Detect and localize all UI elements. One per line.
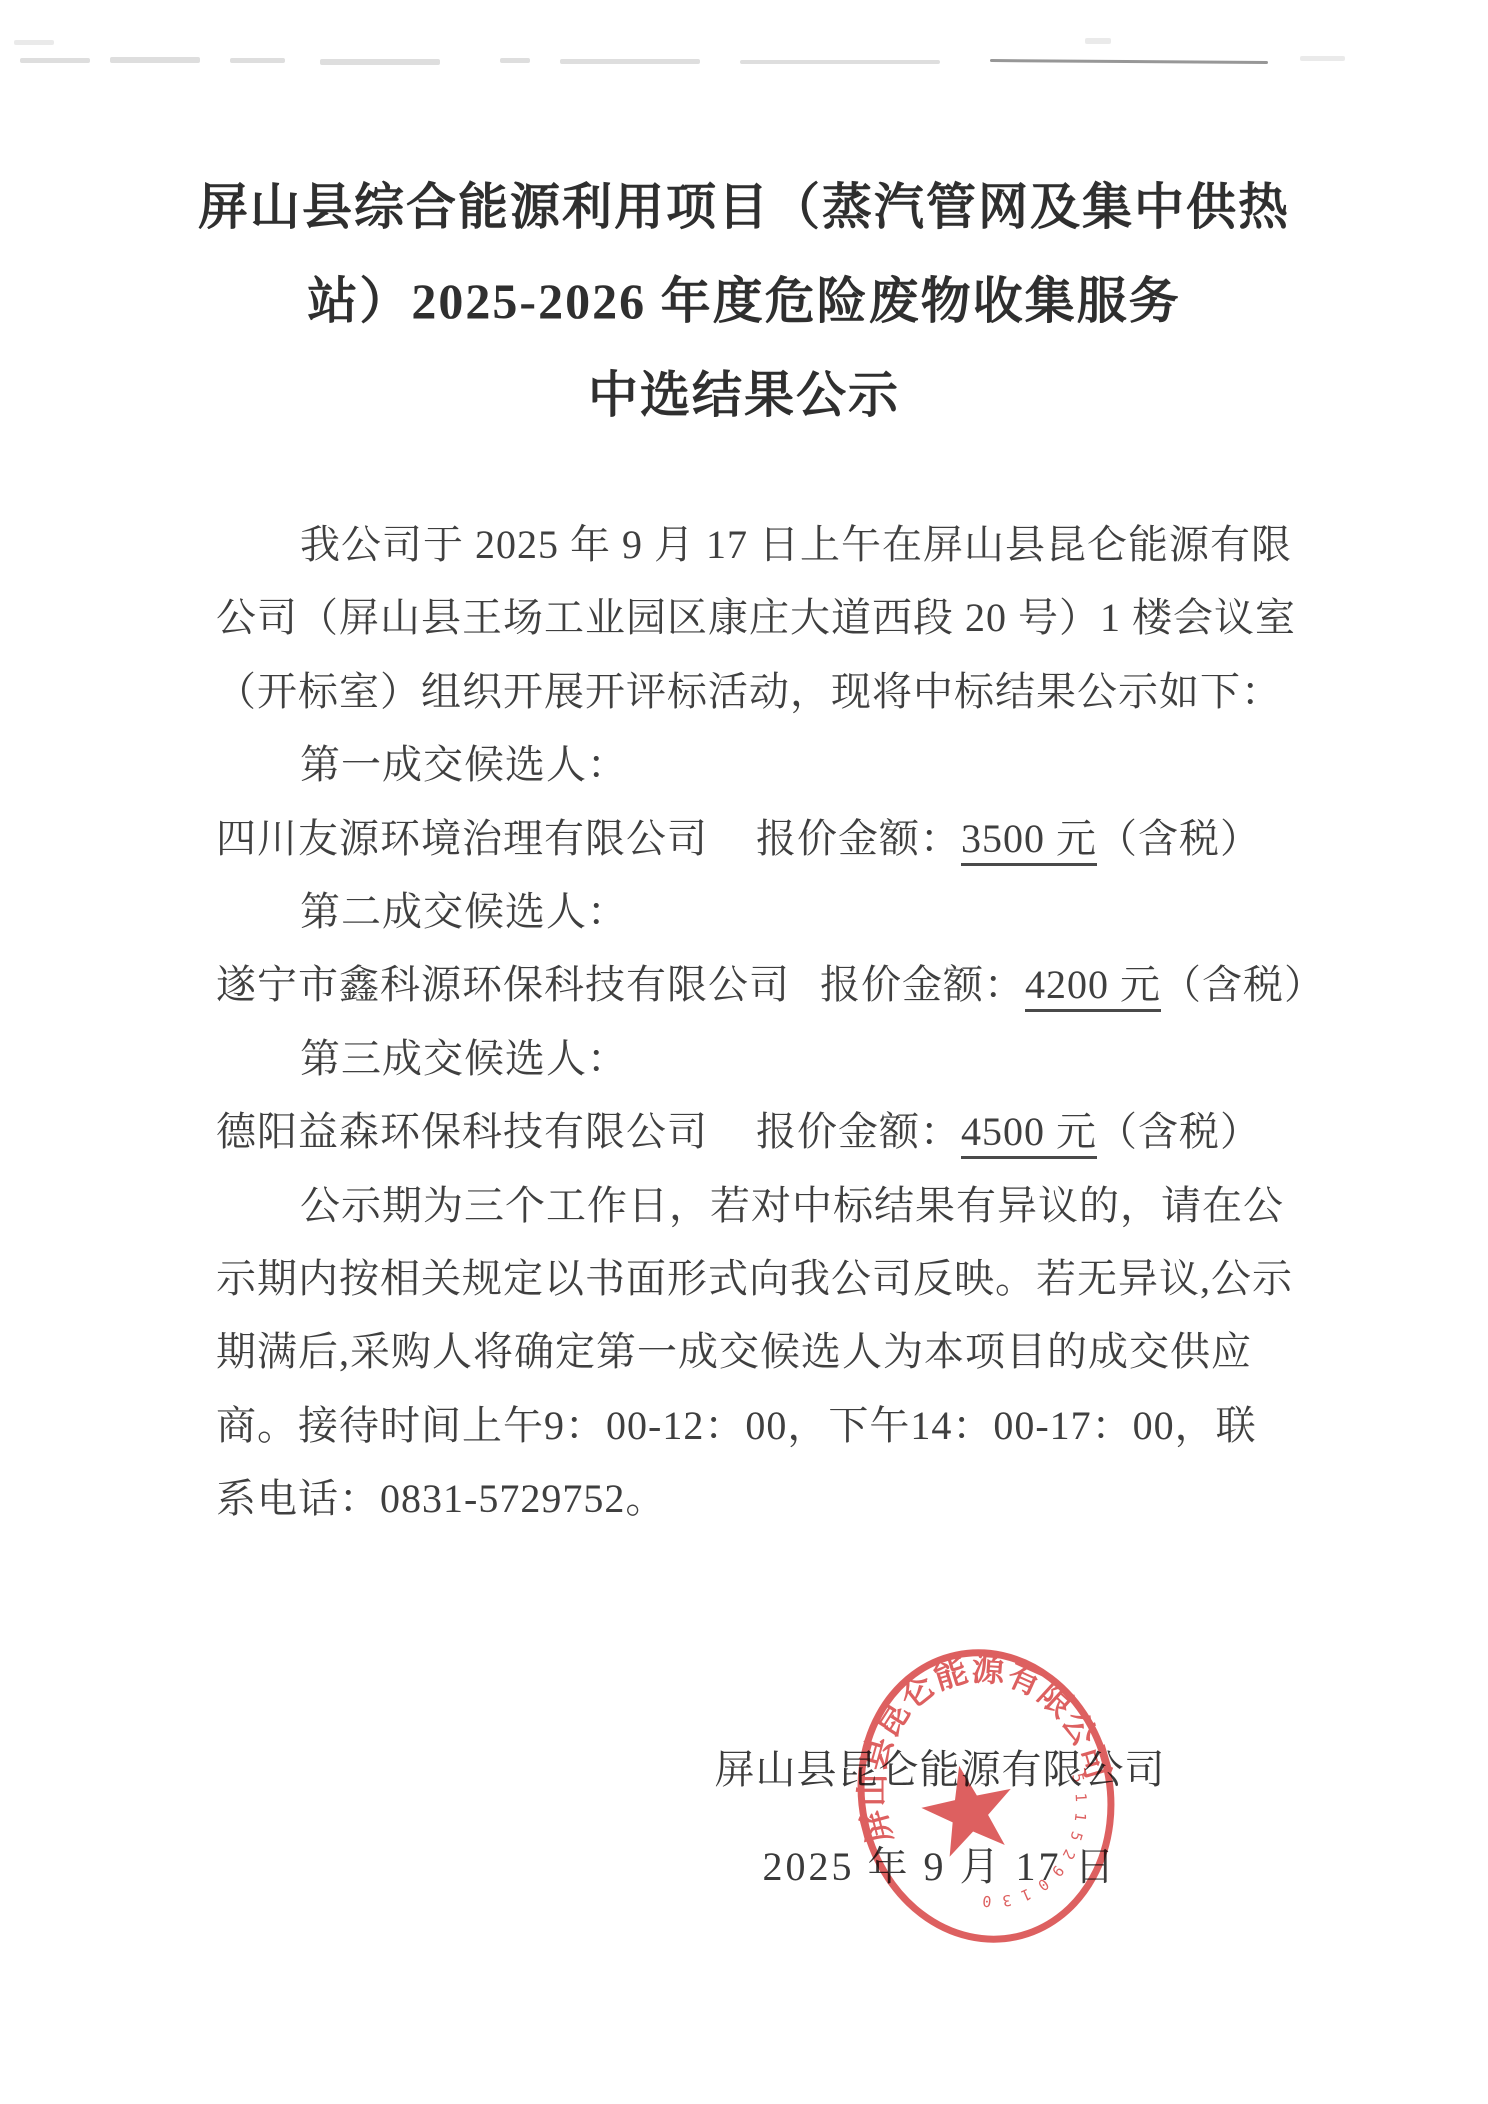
candidate-2-heading: 第二成交候选人： [216, 875, 1296, 948]
candidate-3-line: 德阳益森环保科技有限公司报价金额：4500 元（含税） [216, 1095, 1296, 1168]
scan-artifact [110, 57, 200, 63]
price-label: 报价金额： [756, 816, 961, 861]
price-label: 报价金额： [756, 1109, 961, 1154]
candidate-2-price: 4200 元 [1025, 962, 1161, 1012]
candidate-1-heading: 第一成交候选人： [216, 728, 1296, 801]
tax-note: （含税） [1097, 1109, 1261, 1154]
scan-artifact [740, 60, 940, 64]
company-seal-stamp: 屏山县昆仑能源有限公司 5115290130 [846, 1641, 1126, 1953]
scan-artifact [1300, 56, 1345, 61]
candidate-2-company: 遂宁市鑫科源环保科技有限公司 [216, 962, 790, 1007]
title-line-2: 站）2025-2026 年度危险废物收集服务 [0, 254, 1488, 348]
tax-note: （含税） [1161, 962, 1325, 1007]
scan-artifact [500, 58, 530, 63]
tax-note: （含税） [1097, 816, 1261, 861]
scan-artifact [230, 58, 285, 63]
body-line: 商。接待时间上午9：00-12：00，下午14：00-17：00，联 [216, 1389, 1296, 1462]
scan-artifact [20, 58, 90, 63]
scanned-document-page: 屏山县综合能源利用项目（蒸汽管网及集中供热 站）2025-2026 年度危险废物… [0, 0, 1488, 2104]
price-label: 报价金额： [820, 962, 1025, 1007]
scan-artifact [1085, 38, 1111, 44]
body-line: 期满后,采购人将确定第一成交候选人为本项目的成交供应 [216, 1315, 1296, 1388]
scan-artifact [14, 40, 54, 45]
body-line: 公示期为三个工作日，若对中标结果有异议的，请在公 [216, 1169, 1296, 1242]
body-line: 示期内按相关规定以书面形式向我公司反映。若无异议,公示 [216, 1242, 1296, 1315]
document-title: 屏山县综合能源利用项目（蒸汽管网及集中供热 站）2025-2026 年度危险废物… [0, 160, 1488, 442]
document-body: 我公司于 2025 年 9 月 17 日上午在屏山县昆仑能源有限 公司（屏山县王… [216, 508, 1296, 1535]
scan-artifact [990, 59, 1268, 64]
stamp-star-icon [914, 1756, 1021, 1860]
stamp-serial-number: 5115290130 [958, 1771, 1110, 1914]
candidate-1-price: 3500 元 [961, 816, 1097, 866]
candidate-3-price: 4500 元 [961, 1109, 1097, 1159]
body-line: 我公司于 2025 年 9 月 17 日上午在屏山县昆仑能源有限 [216, 508, 1296, 581]
scan-artifact [560, 59, 700, 64]
candidate-3-company: 德阳益森环保科技有限公司 [216, 1109, 708, 1154]
title-line-1: 屏山县综合能源利用项目（蒸汽管网及集中供热 [0, 160, 1488, 254]
svg-text:5115290130: 5115290130 [958, 1771, 1110, 1914]
body-line: （开标室）组织开展开评标活动，现将中标结果公示如下： [216, 655, 1296, 728]
candidate-2-line: 遂宁市鑫科源环保科技有限公司报价金额：4200 元（含税） [216, 948, 1296, 1021]
body-line: 公司（屏山县王场工业园区康庄大道西段 20 号）1 楼会议室 [216, 581, 1296, 654]
body-line: 系电话：0831-5729752。 [216, 1462, 1296, 1535]
scan-artifact [320, 59, 440, 65]
candidate-1-line: 四川友源环境治理有限公司报价金额：3500 元（含税） [216, 802, 1296, 875]
title-line-3: 中选结果公示 [0, 348, 1488, 442]
candidate-1-company: 四川友源环境治理有限公司 [216, 816, 708, 861]
candidate-3-heading: 第三成交候选人： [216, 1022, 1296, 1095]
